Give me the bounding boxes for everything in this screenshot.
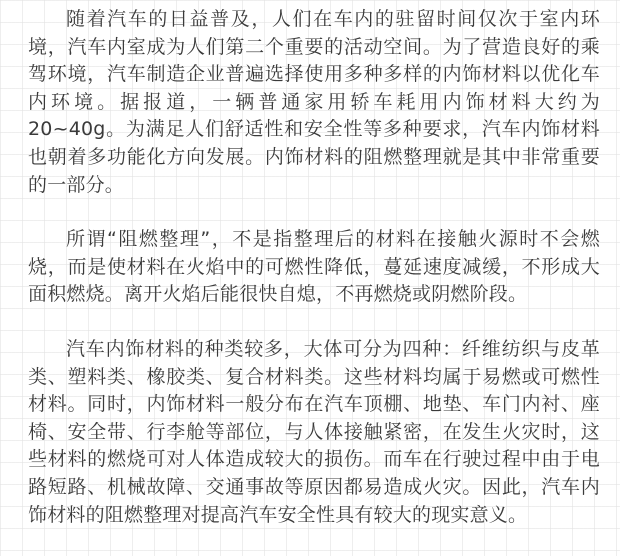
paragraph-intro: 随着汽车的日益普及，人们在车内的驻留时间仅次于室内环境，汽车内室成为人们第二个重… — [28, 6, 600, 199]
paragraph-definition: 所谓“阻燃整理”，不是指整理后的材料在接触火源时不会燃烧，而是使材料在火焰中的可… — [28, 226, 600, 309]
paragraph-materials: 汽车内饰材料的种类较多，大体可分为四种：纤维纺织与皮革类、塑料类、橡胶类、复合材… — [28, 336, 600, 508]
article-body: 随着汽车的日益普及，人们在车内的驻留时间仅次于室内环境，汽车内室成为人们第二个重… — [28, 6, 600, 508]
